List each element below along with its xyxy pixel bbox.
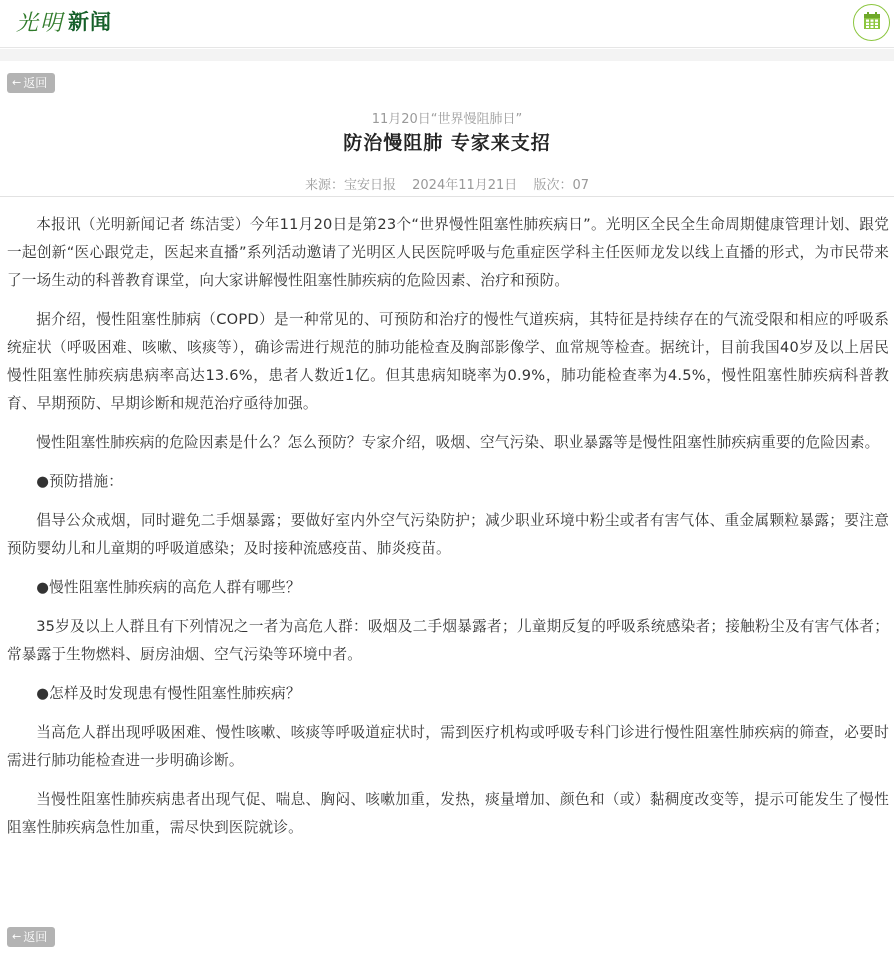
site-logo[interactable]: 光明 新闻: [16, 6, 112, 36]
arrow-left-icon: ←: [12, 927, 21, 947]
paragraph-detection: 当高危人群出现呼吸困难、慢性咳嗽、咳痰等呼吸道症状时，需到医疗机构或呼吸专科门诊…: [7, 719, 889, 775]
article-body: 本报讯（光明新闻记者 练洁雯）今年11月20日是第23个“世界慢性阻塞性肺疾病日…: [7, 211, 889, 853]
back-label: 返回: [23, 73, 47, 93]
back-button-top[interactable]: ← 返回: [7, 73, 55, 93]
article-date: 2024年11月21日: [412, 178, 517, 193]
article-meta: 来源：宝安日报 2024年11月21日 版次：07: [0, 174, 894, 193]
back-label: 返回: [23, 927, 47, 947]
heading-prevention: ●预防措施：: [7, 468, 889, 496]
paragraph-risk-factors: 慢性阻塞性肺疾病的危险因素是什么？怎么预防？专家介绍，吸烟、空气污染、职业暴露等…: [7, 429, 889, 457]
article-source: 来源：宝安日报: [305, 178, 396, 193]
logo-script-text: 光明: [16, 6, 64, 37]
header-divider-band: [0, 49, 894, 61]
article-title: 防治慢阻肺 专家来支招: [0, 128, 894, 155]
paragraph-prevention: 倡导公众戒烟，同时避免二手烟暴露；要做好室内外空气污染防护；减少职业环境中粉尘或…: [7, 507, 889, 563]
paragraph-exacerbation: 当慢性阻塞性肺疾病患者出现气促、喘息、胸闷、咳嗽加重，发热，痰量增加、颜色和（或…: [7, 786, 889, 842]
site-header: 光明 新闻: [0, 0, 894, 48]
arrow-left-icon: ←: [12, 73, 21, 93]
paragraph-copd-overview: 据介绍，慢性阻塞性肺病（COPD）是一种常见的、可预防和治疗的慢性气道疾病，其特…: [7, 306, 889, 418]
meta-divider: [0, 196, 894, 197]
paragraph-high-risk: 35岁及以上人群且有下列情况之一者为高危人群：吸烟及二手烟暴露者；儿童期反复的呼…: [7, 613, 889, 669]
article-subtitle: 11月20日“世界慢阻肺日”: [0, 108, 894, 127]
logo-bold-text: 新闻: [68, 6, 112, 36]
calendar-button[interactable]: [853, 4, 890, 41]
paragraph-intro: 本报讯（光明新闻记者 练洁雯）今年11月20日是第23个“世界慢性阻塞性肺疾病日…: [7, 211, 889, 295]
heading-high-risk: ●慢性阻塞性肺疾病的高危人群有哪些？: [7, 574, 889, 602]
back-button-bottom[interactable]: ← 返回: [7, 927, 55, 947]
article-edition: 版次：07: [533, 178, 589, 193]
calendar-icon: [862, 11, 882, 35]
heading-detection: ●怎样及时发现患有慢性阻塞性肺疾病？: [7, 680, 889, 708]
